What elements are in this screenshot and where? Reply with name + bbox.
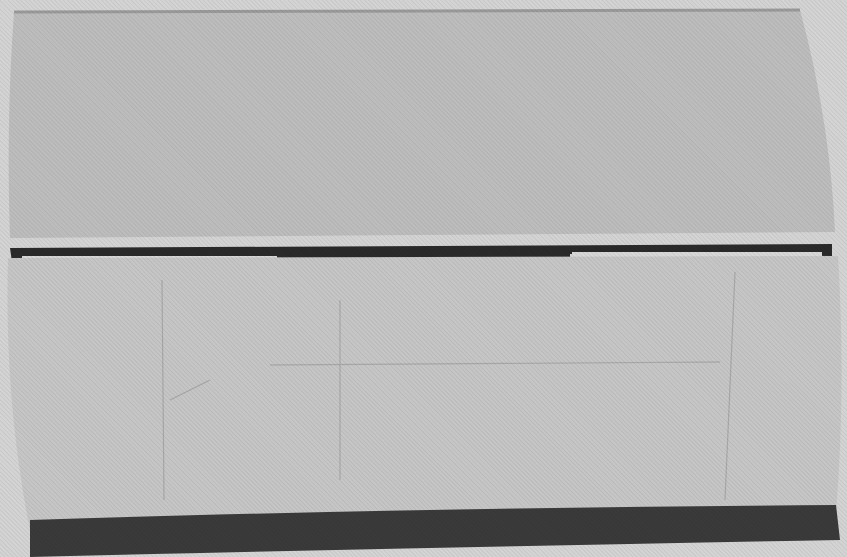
folder-photo [0,0,847,557]
lid-flap [9,10,835,238]
front-panel [7,256,841,530]
photo-scene: Halftone grayscale photograph of an open… [0,0,847,557]
lid-top-edge [14,10,800,12]
